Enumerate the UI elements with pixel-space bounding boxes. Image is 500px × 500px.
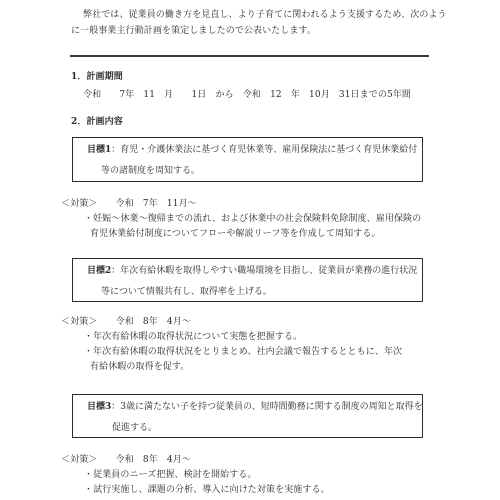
plan-period-value: 令和 7年 11 月 1日 から 令和 12 年 10月 31日までの5年間 xyxy=(83,89,411,102)
goal2-label: 目標2 xyxy=(87,266,111,276)
goal3-box: 目標3：3歳に満たない子を持つ従業員の、短時間勤務に関する制度の周知と取得を 促… xyxy=(72,394,423,438)
goal1-line2: 等の諸制度を周知する。 xyxy=(101,165,200,178)
plan-period-heading: 1．計画期間 xyxy=(71,71,123,84)
goal2-measure-line3: 有給休暇の取得を促す。 xyxy=(90,361,189,374)
goal1-measure-line1: ・妊娠～休業～復帰までの流れ、および休業中の社会保険料免除制度、雇用保険の xyxy=(84,213,421,226)
section-divider-rule xyxy=(70,55,429,57)
goal3-label: 目標3 xyxy=(87,402,111,412)
goal3-line2: 促進する。 xyxy=(112,422,157,435)
goal2-measure-line1: ・年次有給休暇の取得状況について実態を把握する。 xyxy=(84,331,302,344)
goal3-text1: ：3歳に満たない子を持つ従業員の、短時間勤務に関する制度の周知と取得を xyxy=(111,402,422,412)
goal2-line1: 目標2：年次有給休暇を取得しやすい職場環境を目指し、従業員が業務の進行状況 xyxy=(87,265,417,278)
goal3-line1: 目標3：3歳に満たない子を持つ従業員の、短時間勤務に関する制度の周知と取得を xyxy=(87,401,423,414)
goal2-line2: 等について情報共有し、取得率を上げる。 xyxy=(101,286,272,299)
goal2-text1: ：年次有給休暇を取得しやすい職場環境を目指し、従業員が業務の進行状況 xyxy=(111,266,417,276)
goal1-box: 目標1：育児・介護休業法に基づく育児休業等、雇用保険法に基づく育児休業給付 等の… xyxy=(72,137,423,182)
goal3-measures-heading: ＜対策＞ 令和 8年 4月～ xyxy=(61,454,191,467)
intro-paragraph-line1: 弊社では、従業員の働き方を見直し、より子育てに関われるよう支援するため、次のよう xyxy=(83,9,447,22)
goal2-measure-line2: ・年次有給休暇の取得状況をとりまとめ、社内会議で報告するとともに、年次 xyxy=(84,346,402,359)
goal1-measures-heading: ＜対策＞ 令和 7年 11月～ xyxy=(61,198,197,211)
goal3-measure-line1: ・従業員のニーズ把握、検討を開始する。 xyxy=(84,469,256,482)
goal2-box: 目標2：年次有給休暇を取得しやすい職場環境を目指し、従業員が業務の進行状況 等に… xyxy=(72,258,423,302)
goal1-text1: ：育児・介護休業法に基づく育児休業等、雇用保険法に基づく育児休業給付 xyxy=(111,145,417,155)
document-page: 弊社では、従業員の働き方を見直し、より子育てに関われるよう支援するため、次のよう… xyxy=(0,0,500,500)
intro-paragraph-line2: に一般事業主行動計画を策定しましたので公表いたします。 xyxy=(71,25,316,38)
goal1-measure-line2: 育児休業給付制度についてフローや解説リーフ等を作成して周知する。 xyxy=(90,228,381,241)
goal1-line1: 目標1：育児・介護休業法に基づく育児休業等、雇用保険法に基づく育児休業給付 xyxy=(87,144,417,157)
goal3-measure-line2: ・試行実施し、課題の分析、導入に向けた対策を実施する。 xyxy=(84,484,330,497)
plan-content-heading: 2．計画内容 xyxy=(71,116,123,129)
goal1-label: 目標1 xyxy=(87,145,111,155)
goal2-measures-heading: ＜対策＞ 令和 8年 4月～ xyxy=(61,316,191,329)
